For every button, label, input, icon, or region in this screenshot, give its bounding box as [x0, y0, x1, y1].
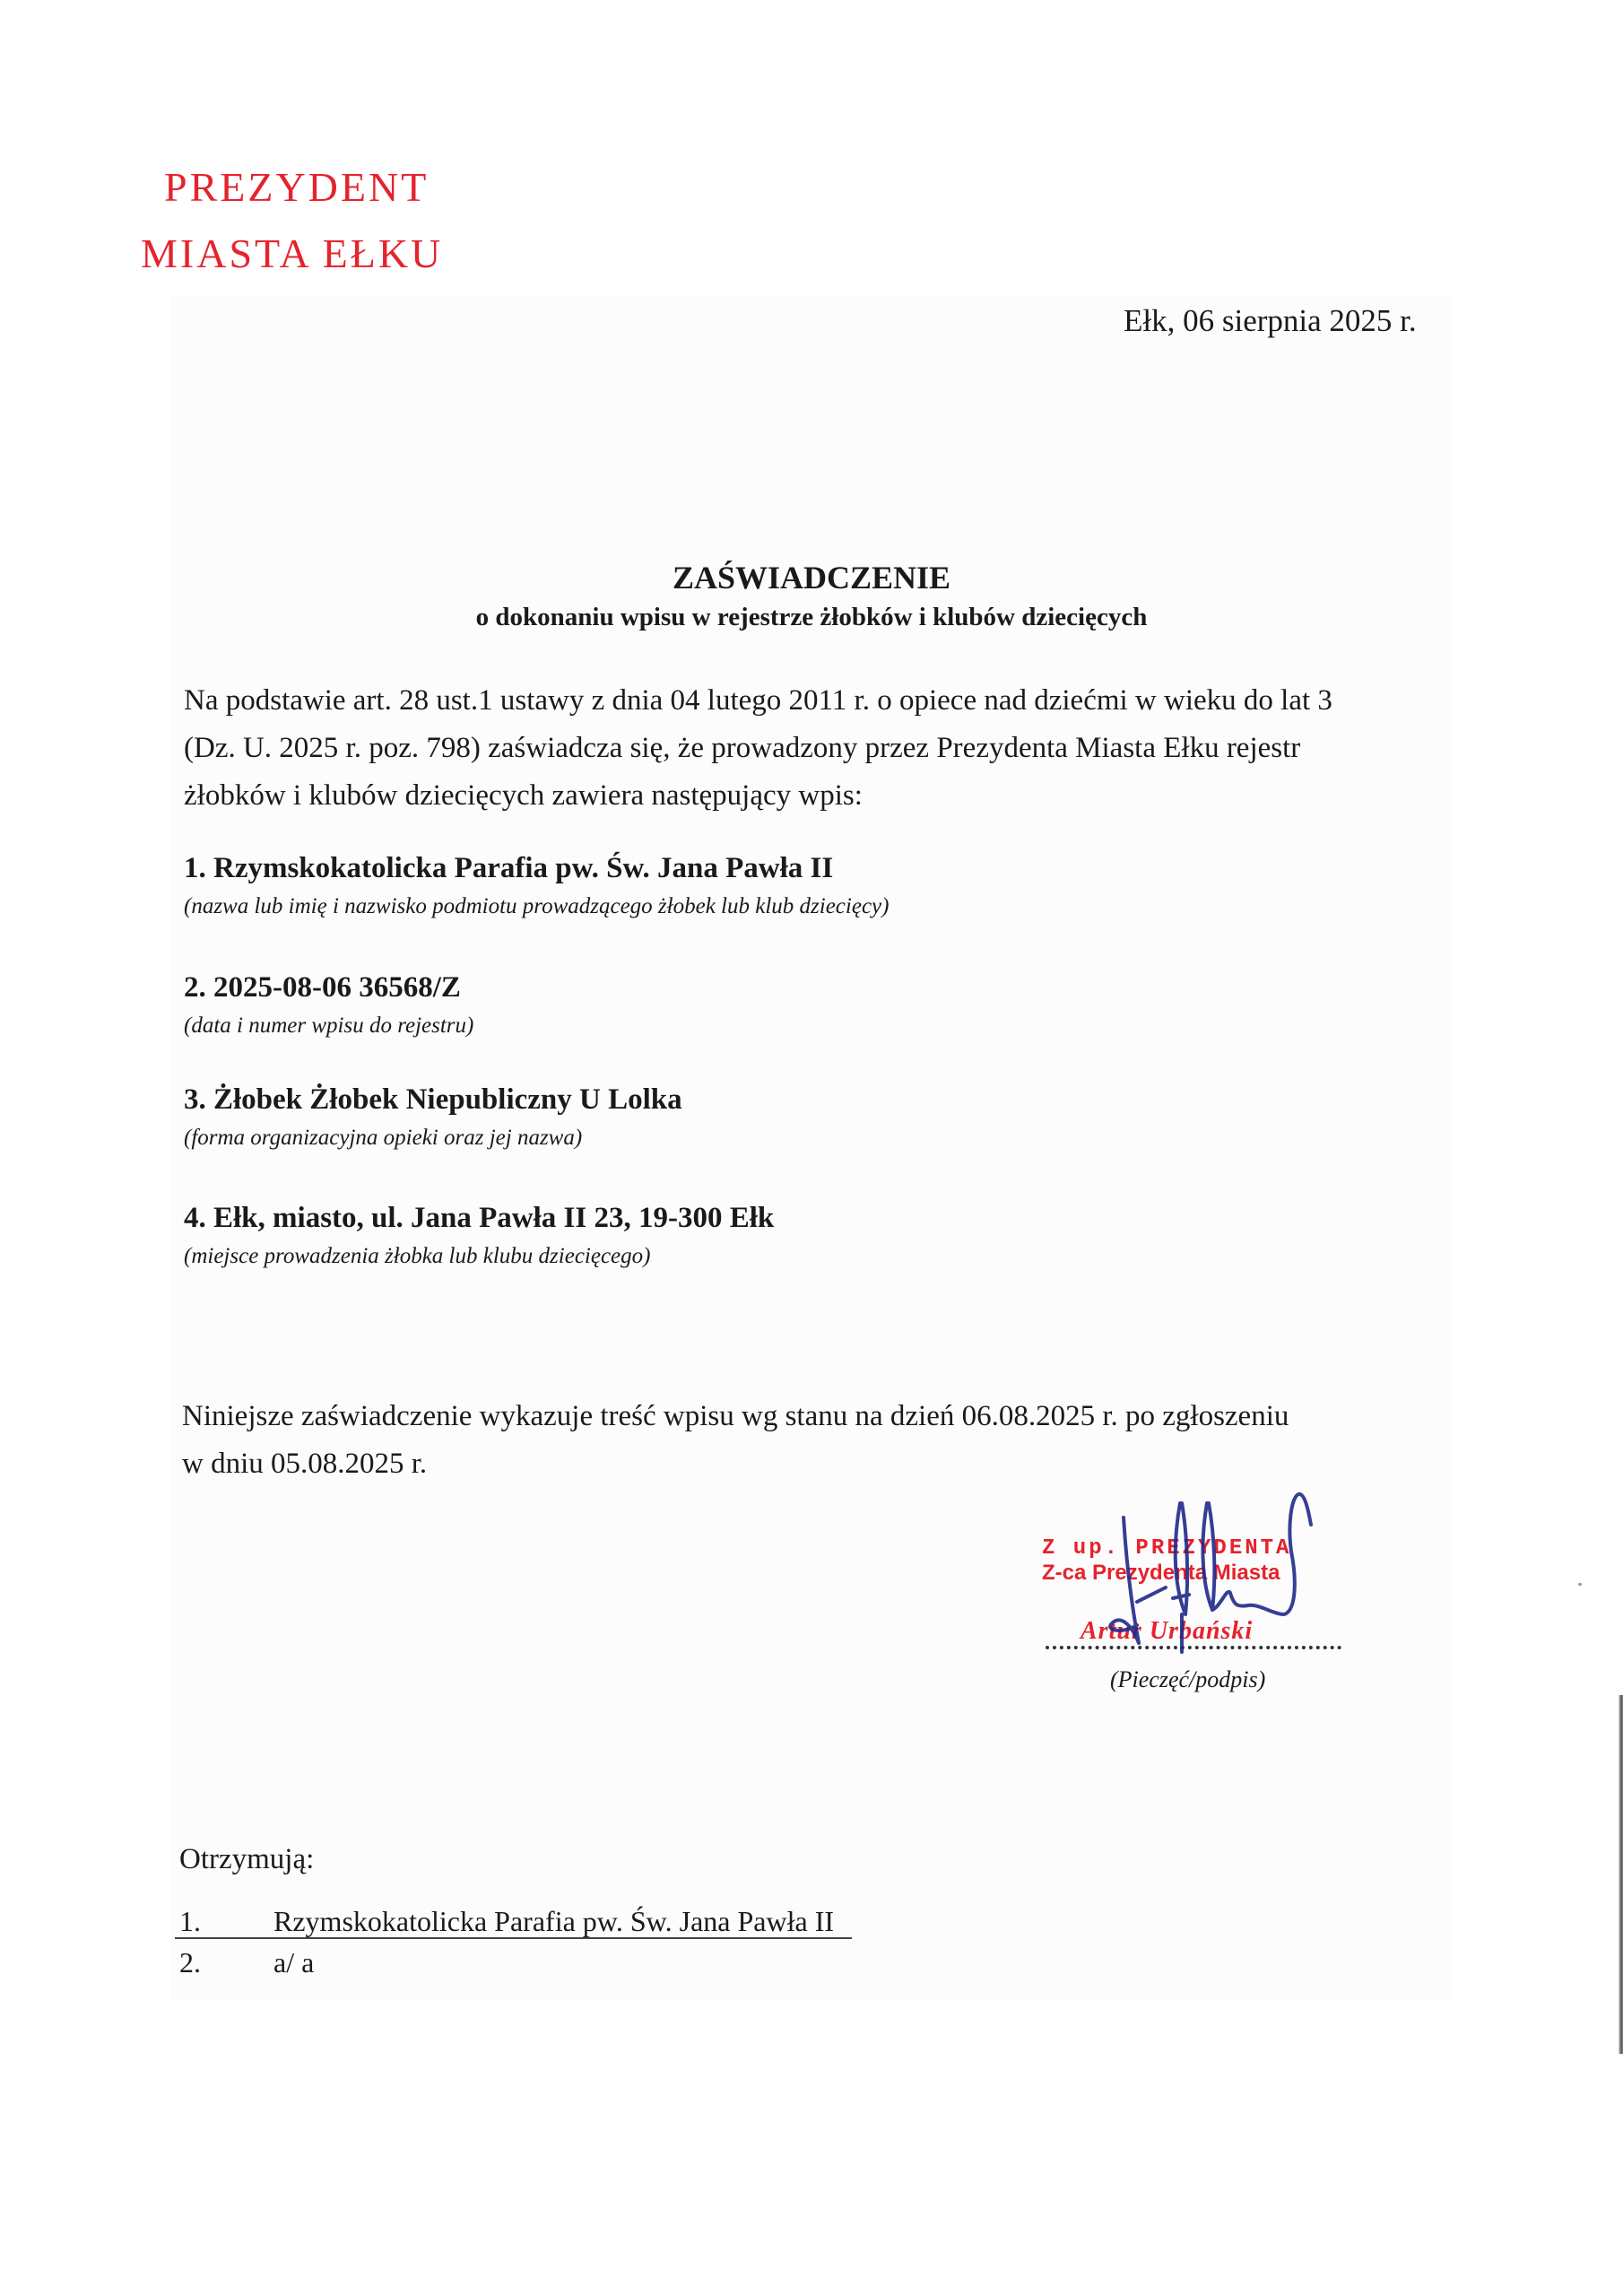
entry-operator: 1. Rzymskokatolicka Parafia pw. Św. Jana…	[184, 852, 833, 885]
recipient-1-name: Rzymskokatolicka Parafia pw. Św. Jana Pa…	[273, 1905, 834, 1938]
recipient-1-number: 1.	[179, 1905, 201, 1938]
intro-line-3: żłobków i klubów dziecięcych zawiera nas…	[184, 772, 863, 820]
entry-location: 4. Ełk, miasto, ul. Jana Pawła II 23, 19…	[184, 1202, 774, 1235]
mayor-stamp-line2: MIASTA EŁKU	[141, 233, 443, 274]
signature-stamp-line1: Z up. PREZYDENTA	[1042, 1536, 1291, 1561]
document-title: ZAŚWIADCZENIE	[0, 559, 1623, 596]
closing-line-2: w dniu 05.08.2025 r.	[182, 1440, 427, 1488]
entry-operator-caption: (nazwa lub imię i nazwisko podmiotu prow…	[184, 894, 889, 919]
entry-registration-caption: (data i numer wpisu do rejestru)	[184, 1013, 473, 1039]
place-date: Ełk, 06 sierpnia 2025 r.	[1124, 303, 1417, 339]
entry-form-name-caption: (forma organizacyjna opieki oraz jej naz…	[184, 1126, 582, 1151]
recipient-1-underline	[175, 1937, 852, 1939]
recipient-2-name: a/ a	[273, 1946, 314, 1979]
intro-line-1: Na podstawie art. 28 ust.1 ustawy z dnia…	[184, 677, 1332, 725]
scan-edge-line	[1619, 1695, 1623, 2054]
document-subtitle: o dokonaniu wpisu w rejestrze żłobków i …	[0, 603, 1623, 632]
recipients-label: Otrzymują:	[179, 1843, 314, 1876]
entry-registration: 2. 2025-08-06 36568/Z	[184, 971, 461, 1004]
signature-dotted-line	[1046, 1646, 1341, 1649]
signature-label: (Pieczęć/podpis)	[1110, 1666, 1265, 1693]
entry-location-caption: (miejsce prowadzenia żłobka lub klubu dz…	[184, 1244, 650, 1269]
mayor-stamp-line1: PREZYDENT	[164, 167, 429, 208]
recipient-2-number: 2.	[179, 1946, 201, 1979]
intro-line-2: (Dz. U. 2025 r. poz. 798) zaświadcza się…	[184, 725, 1300, 772]
entry-form-name: 3. Żłobek Żłobek Niepubliczny U Lolka	[184, 1083, 682, 1117]
closing-line-1: Niniejsze zaświadczenie wykazuje treść w…	[182, 1393, 1289, 1440]
signature-stamp-line2: Z-ca Prezydenta Miasta	[1042, 1561, 1280, 1586]
signer-name: Artur Urbański	[1081, 1617, 1253, 1646]
scan-speck	[1578, 1583, 1582, 1586]
